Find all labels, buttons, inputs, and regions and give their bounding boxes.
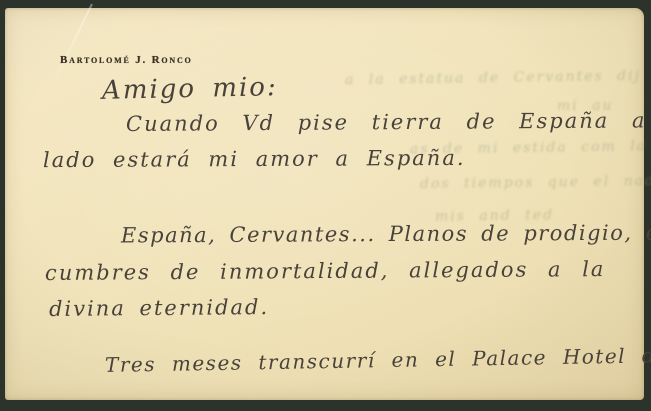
handwritten-line: cumbres de inmortalidad, allegados a la bbox=[45, 257, 606, 285]
handwritten-line: España, Cervantes... Planos de prodigio,… bbox=[121, 221, 651, 248]
salutation-line: Amigo mio: bbox=[102, 72, 278, 106]
paper-vignette bbox=[5, 8, 644, 400]
handwritten-line: lado estará mi amor a España. bbox=[43, 146, 466, 172]
handwritten-line: Cuando Vd pise tierra de España a su bbox=[126, 108, 651, 136]
bleedthrough-line: dos tiempos que el nado empren bbox=[420, 172, 651, 193]
letter-card: Bartolomé J. Ronco a la estatua de Cerva… bbox=[5, 8, 644, 400]
handwritten-line: Tres meses transcurrí en el Palace Hotel… bbox=[105, 343, 651, 377]
letterhead: Bartolomé J. Ronco bbox=[60, 54, 193, 66]
scanned-photo: { "photo": { "background_color": "#2c332… bbox=[0, 0, 651, 411]
paper-crease bbox=[51, 4, 93, 88]
handwritten-line: divina eternidad. bbox=[49, 295, 269, 321]
bleedthrough-line: a la estatua de Cervantes dij bbox=[345, 68, 641, 88]
